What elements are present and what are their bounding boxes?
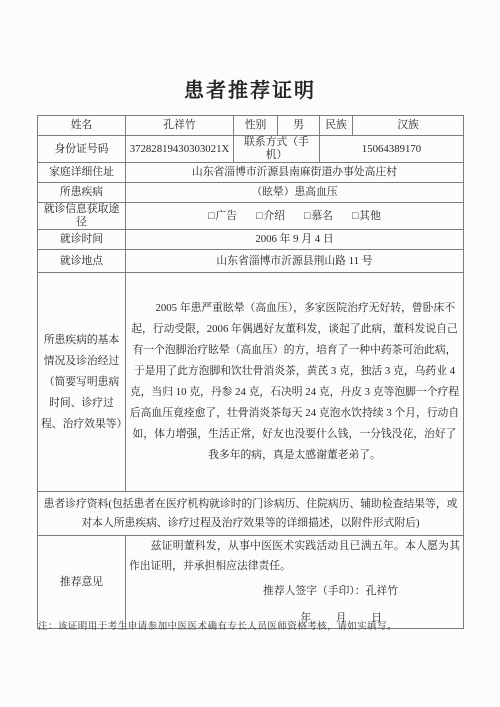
patient-form-table: 姓名 孔祥竹 性别 男 民族 汉族 身份证号码 3728281943030302… — [37, 115, 464, 629]
visit-place-value: 山东省淄博市沂源县荆山路 11 号 — [126, 250, 464, 273]
materials-note: 患者诊疗资料(包括患者在医疗机构就诊时的门诊病历、住院病历、辅助检查结果等，或对… — [38, 492, 464, 536]
row-name: 姓名 孔祥竹 性别 男 民族 汉族 — [38, 116, 464, 136]
condition-text-cell: 2005 年患严重眩晕（高血压），多家医院治疗无好转，曾卧床不起，行动受限，20… — [126, 273, 464, 492]
checkbox-option-reputation: □慕名 — [304, 210, 333, 223]
signature-label: 推荐人签字（手印）： — [263, 585, 366, 597]
row-visit-place: 就诊地点 山东省淄博市沂源县荆山路 11 号 — [38, 250, 464, 273]
disease-value: （眩晕）患高血压 — [126, 183, 464, 203]
address-label: 家庭详细住址 — [38, 163, 126, 183]
info-source-label: 就诊信息获取途径 — [38, 203, 126, 230]
footnote: 注：该证明用于考生申请参加中医医术确有专长人员医师资格考核，请如实填写。 — [38, 618, 462, 632]
signature-line: 推荐人签字（手印）：孔祥竹 — [129, 581, 460, 601]
visit-place-label: 就诊地点 — [38, 250, 126, 273]
checkbox-option-label: 慕名 — [311, 210, 333, 222]
visit-time-value: 2006 年 9 月 4 日 — [126, 230, 464, 250]
document-page: 患者推荐证明 姓名 孔祥竹 性别 男 民族 汉族 身份证号码 372828194… — [0, 0, 500, 707]
row-condition: 所患疾病的基本情况及诊治经过（简要写明患病时间、诊疗过程、治疗效果等） 2005… — [38, 273, 464, 492]
phone-label: 联系方式（手机） — [234, 136, 320, 163]
address-value: 山东省淄博市沂源县南麻街道办事处高庄村 — [126, 163, 464, 183]
disease-label: 所患疾病 — [38, 183, 126, 203]
ethnicity-value: 汉族 — [353, 116, 464, 136]
checkbox-option-label: 介绍 — [263, 210, 285, 222]
condition-label: 所患疾病的基本情况及诊治经过（简要写明患病时间、诊疗过程、治疗效果等） — [38, 273, 126, 492]
checkbox-icon: □ — [208, 210, 214, 223]
checkbox-option-other: □其他 — [352, 210, 381, 223]
row-info-source: 就诊信息获取途径 □广告 □介绍 □慕名 □其他 — [38, 203, 464, 230]
checkbox-option-referral: □介绍 — [256, 210, 285, 223]
recommendation-cell: 兹证明董科发，从事中医医术实践活动且已满五年。本人愿为其作出证明，并承担相应法律… — [126, 536, 464, 629]
row-disease: 所患疾病 （眩晕）患高血压 — [38, 183, 464, 203]
row-address: 家庭详细住址 山东省淄博市沂源县南麻街道办事处高庄村 — [38, 163, 464, 183]
row-visit-time: 就诊时间 2006 年 9 月 4 日 — [38, 230, 464, 250]
gender-value: 男 — [278, 116, 320, 136]
recommendation-label: 推荐意见 — [38, 536, 126, 629]
checkbox-icon: □ — [352, 210, 358, 223]
gender-label: 性别 — [234, 116, 278, 136]
row-materials: 患者诊疗资料(包括患者在医疗机构就诊时的门诊病历、住院病历、辅助检查结果等，或对… — [38, 492, 464, 536]
row-id-phone: 身份证号码 37282819430303021X 联系方式（手机） 150643… — [38, 136, 464, 163]
id-number-value: 37282819430303021X — [126, 136, 234, 163]
signature-name: 孔祥竹 — [366, 585, 398, 597]
checkbox-icon: □ — [304, 210, 310, 223]
page-title: 患者推荐证明 — [0, 74, 500, 103]
id-number-label: 身份证号码 — [38, 136, 126, 163]
info-source-options: □广告 □介绍 □慕名 □其他 — [126, 203, 464, 230]
checkbox-option-label: 其他 — [359, 210, 381, 222]
visit-time-label: 就诊时间 — [38, 230, 126, 250]
row-recommendation: 推荐意见 兹证明董科发，从事中医医术实践活动且已满五年。本人愿为其作出证明，并承… — [38, 536, 464, 629]
checkbox-option-ad: □广告 — [208, 210, 237, 223]
name-value: 孔祥竹 — [126, 116, 234, 136]
checkbox-option-label: 广告 — [215, 210, 237, 222]
ethnicity-label: 民族 — [320, 116, 353, 136]
recommendation-statement: 兹证明董科发，从事中医医术实践活动且已满五年。本人愿为其作出证明，并承担相应法律… — [129, 536, 460, 576]
phone-value: 15064389170 — [320, 136, 464, 163]
checkbox-icon: □ — [256, 210, 262, 223]
condition-description: 2005 年患严重眩晕（高血压），多家医院治疗无好转，曾卧床不起，行动受限，20… — [129, 298, 460, 466]
name-label: 姓名 — [38, 116, 126, 136]
checkbox-group: □广告 □介绍 □慕名 □其他 — [129, 210, 460, 223]
